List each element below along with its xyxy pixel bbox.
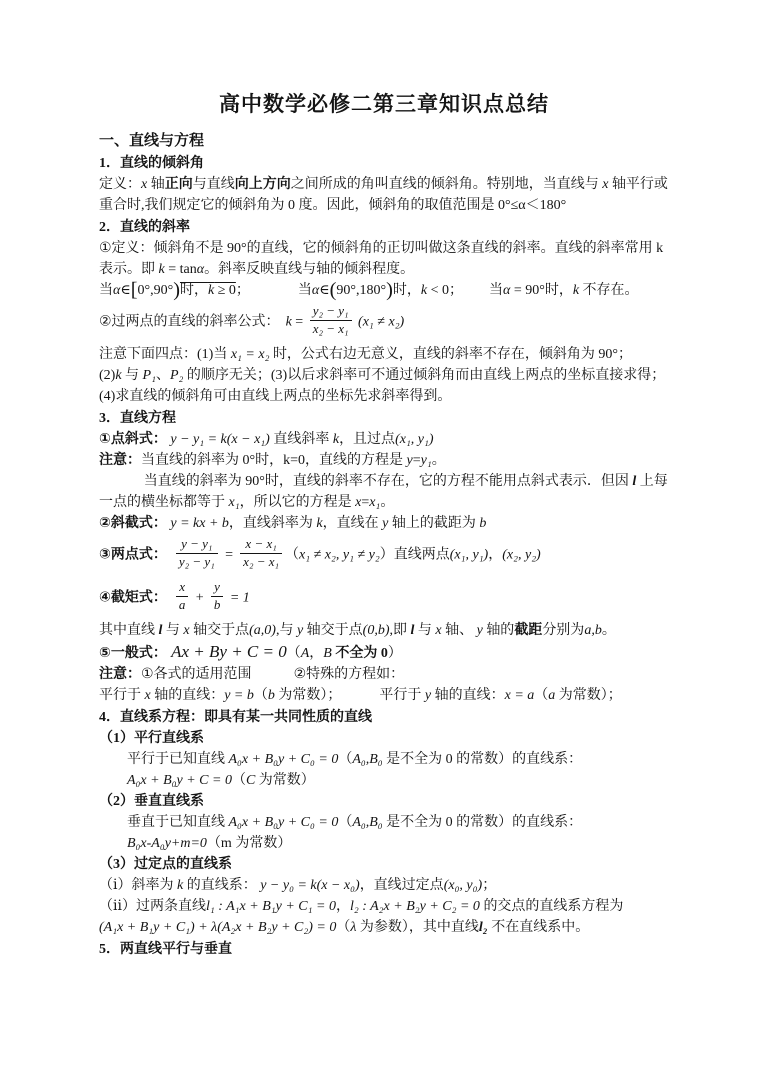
fraction: x − x₁x₂ − x₁	[240, 537, 282, 570]
math-bold-text: l₂	[479, 920, 488, 935]
text: 的直线系：	[183, 878, 257, 893]
para-inclination-definition: 定义：x 轴正向与直线向上方向之间所成的角叫直线的倾斜角。特别地，当直线与 x …	[99, 174, 669, 216]
math-text: B₀x-A₀y+m=0	[127, 836, 207, 851]
para-general-form: ⑤一般式： Ax + By + C = 0（A，B 不全为 0）	[99, 641, 669, 664]
bold-text: 一、直线与方程	[99, 133, 204, 149]
heading-1-inclination: 1．直线的倾斜角	[99, 153, 669, 174]
heading-2-slope: 2．直线的斜率	[99, 217, 669, 238]
math-text: y = b	[224, 688, 254, 703]
text: ，	[488, 548, 502, 563]
math-text: y₁	[421, 453, 432, 468]
math-text: α	[197, 262, 204, 277]
text: 其中直线	[99, 623, 159, 638]
text: < 0；	[427, 283, 463, 298]
fraction-numerator: y	[211, 580, 224, 596]
text: （	[232, 773, 246, 788]
text: 时，	[180, 283, 208, 298]
math-text: (a,0)	[249, 623, 276, 638]
text: = tan	[165, 262, 197, 277]
bold-text: 正向	[165, 177, 193, 192]
text: ；	[236, 283, 250, 298]
text: 当直线的斜率为 0°时，k=0，直线的方程是	[141, 453, 407, 468]
math-text: l₂ : A₂x + B₂y + C₂ = 0	[350, 899, 480, 914]
para-perpendicular-family-1: 垂直于已知直线 A₀x + B₀y + C₀ = 0（A₀,B₀ 是不全为 0 …	[99, 812, 669, 833]
bold-text: 注意：	[99, 667, 141, 682]
overline-group: 时，k ≥ 0	[180, 283, 236, 298]
text: （ⅰ）斜率为	[99, 878, 177, 893]
math-text: a,b	[584, 623, 602, 638]
para-note-point-4: (4)求直线的倾斜角可由直线上两点的坐标先求斜率得到。	[99, 386, 669, 407]
text: 定义：	[99, 177, 141, 192]
text: 与	[122, 368, 143, 383]
spacer	[252, 677, 294, 678]
text: (4)求直线的倾斜角可由直线上两点的坐标先求斜率得到。	[99, 389, 451, 404]
math-text: A	[301, 646, 310, 661]
text: 。	[602, 623, 616, 638]
page-title: 高中数学必修二第三章知识点总结	[99, 88, 669, 118]
text: 为参数），其中直线	[356, 920, 479, 935]
text: = 90°时，	[510, 283, 573, 298]
para-parallel-family-1: 平行于已知直线 A₀x + B₀y + C₀ = 0（A₀,B₀ 是不全为 0 …	[99, 749, 669, 770]
para-slope-intercept-form: ②斜截式： y = kx + b，直线斜率为 k，直线在 y 轴上的截距为 b	[99, 513, 669, 534]
text: 为常数）；	[555, 688, 622, 703]
text: （	[534, 688, 548, 703]
text: ，直线斜率为	[229, 516, 317, 531]
text: ）	[388, 646, 402, 661]
fraction-numerator: x	[176, 580, 189, 596]
text: ，直线过定点	[360, 878, 444, 893]
para-parallel-family-2: A₀x + B₀y + C = 0（C 为常数）	[99, 770, 669, 791]
text: 与直线	[193, 177, 235, 192]
text: 平行于已知直线	[127, 752, 229, 767]
text: （m 为常数）	[207, 836, 291, 851]
text: =	[292, 315, 307, 330]
text: ,与	[276, 623, 297, 638]
bold-text: 注意：	[99, 453, 141, 468]
math-text: A₀x + B₀y + C₀ = 0	[229, 815, 339, 830]
math-text: (x₀, y₀)	[444, 878, 483, 893]
text: 为常数）；	[275, 688, 342, 703]
math-text: A₀x + B₀y + C₀ = 0	[229, 752, 339, 767]
text: （ⅱ）过两条直线	[99, 899, 206, 914]
bracket: )	[173, 279, 180, 301]
math-large-text: Ax + By + C = 0	[167, 642, 287, 661]
para-intercept-explanation: 其中直线 l 与 x 轴交于点(a,0),与 y 轴交于点(0,b),即 l 与…	[99, 620, 669, 641]
para-perpendicular-family-2: B₀x-A₀y+m=0（m 为常数）	[99, 833, 669, 854]
fraction: y₂ − y₁x₂ − x₁	[310, 304, 352, 337]
text: =	[413, 453, 421, 468]
text: 当	[99, 283, 113, 298]
text: ∈	[120, 283, 130, 298]
fraction-denominator: y₂ − y₁	[176, 553, 218, 570]
text: （	[287, 646, 301, 661]
math-text: l₁ : A₁x + B₁y + C₁ = 0	[206, 899, 336, 914]
math-text: x₁	[229, 495, 240, 510]
section-1-heading: 一、直线与方程	[99, 131, 669, 152]
bold-text: 1．直线的倾斜角	[99, 156, 204, 171]
text: （	[338, 815, 352, 830]
text: （	[254, 688, 268, 703]
math-text: B	[323, 646, 332, 661]
text: ）直线两点	[380, 548, 450, 563]
bold-text: 3．直线方程	[99, 411, 176, 426]
text: 轴上的截距为	[388, 516, 479, 531]
para-note-point-1: 注意下面四点：(1)当 x₁ = x₂ 时，公式右边无意义，直线的斜率不存在，倾…	[99, 344, 669, 365]
math-text: (x₁, y₁)	[395, 432, 434, 447]
text: 的交点的直线系方程为	[480, 899, 624, 914]
fraction: xa	[176, 580, 189, 613]
text: 当直线的斜率为 90°时，直线的斜率不存在，它的方程不能用点斜式表示．但因	[144, 474, 633, 489]
para-point-slope-note-2: 当直线的斜率为 90°时，直线的斜率不存在，它的方程不能用点斜式表示．但因 l …	[99, 471, 669, 513]
fraction-denominator: x₂ − x₁	[310, 320, 352, 337]
document-body: 一、直线与方程1．直线的倾斜角定义：x 轴正向与直线向上方向之间所成的角叫直线的…	[99, 131, 669, 960]
para-slope-cases: 当α∈[0°,90°)时，k ≥ 0；当α∈(90°,180°)时，k < 0；…	[99, 280, 669, 301]
bold-text: 向上方向	[235, 177, 291, 192]
text: 当	[489, 283, 503, 298]
bold-text: 4．直线系方程：即具有某一共同性质的直线	[99, 710, 372, 725]
math-text: (x₁ ≠ x₂)	[355, 315, 405, 330]
text: 当	[298, 283, 312, 298]
text: （	[285, 548, 299, 563]
text: 之间所成的角叫直线的倾斜角。特别地，当直线与	[291, 177, 603, 192]
math-text: C	[246, 773, 255, 788]
text: 轴的直线：	[431, 688, 505, 703]
heading-parallel-family: （1）平行直线系	[99, 728, 669, 749]
fraction-denominator: b	[211, 596, 224, 613]
bold-text: ②斜截式：	[99, 516, 167, 531]
heading-perpendicular-family: （2）垂直直线系	[99, 791, 669, 812]
bracket: [	[131, 279, 138, 301]
text: ；	[482, 878, 496, 893]
spacer	[341, 698, 379, 699]
text: 为常数）	[255, 773, 315, 788]
para-note-points-2-3: (2)k 与 P₁、P₂ 的顺序无关；(3)以后求斜率可不通过倾斜角而由直线上两…	[99, 365, 669, 386]
bold-text: ①点斜式：	[99, 432, 167, 447]
text: ∈	[319, 283, 329, 298]
bold-text: （1）平行直线系	[99, 731, 204, 746]
math-text: P₂	[170, 368, 183, 383]
text: 平行于	[379, 688, 425, 703]
math-text: = 1	[226, 590, 249, 605]
text: 90°,180°	[336, 283, 386, 298]
math-text: (0,b)	[363, 623, 390, 638]
para-slope-definition: ①定义：倾斜角不是 90°的直线，它的倾斜角的正切叫做这条直线的斜率。直线的斜率…	[99, 238, 669, 280]
para-two-point-slope-formula: ②过两点的直线的斜率公式：k = y₂ − y₁x₂ − x₁ (x₁ ≠ x₂…	[99, 301, 669, 344]
math-text: A₀,B₀	[352, 752, 382, 767]
heading-fixed-point-family: （3）过定点的直线系	[99, 854, 669, 875]
bold-text: 截距	[514, 623, 542, 638]
bracket: )	[386, 279, 393, 301]
fraction-denominator: a	[176, 596, 189, 613]
text: ，	[336, 899, 350, 914]
text: 分别为	[542, 623, 584, 638]
text: 与	[162, 623, 183, 638]
text: 轴	[147, 177, 165, 192]
fraction: y − y₁y₂ − y₁	[176, 537, 218, 570]
para-fixed-point-i: （ⅰ）斜率为 k 的直线系： y − y₀ = k(x − x₀)，直线过定点(…	[99, 875, 669, 896]
bold-text: 2．直线的斜率	[99, 220, 190, 235]
text: 注意下面四点：(1)当	[99, 347, 231, 362]
math-text: x₁	[369, 495, 380, 510]
text: 是不全为 0 的常数）的直线系：	[383, 815, 583, 830]
para-fixed-point-equation: (A₁x + B₁y + C₁) + λ(A₂x + B₂y + C₂) = 0…	[99, 917, 669, 938]
heading-3-line-equations: 3．直线方程	[99, 408, 669, 429]
text: （	[338, 752, 352, 767]
text: 、	[156, 368, 170, 383]
bold-text: （3）过定点的直线系	[99, 857, 232, 872]
math-text: y = kx + b	[167, 516, 229, 531]
math-text: y − y₁ = k(x − x₁)	[167, 432, 273, 447]
bold-text: 不全为 0	[335, 646, 388, 661]
text: （	[336, 920, 350, 935]
fraction-denominator: x₂ − x₁	[240, 553, 282, 570]
fraction: yb	[211, 580, 224, 613]
text: 是不全为 0 的常数）的直线系：	[383, 752, 583, 767]
math-text: b	[479, 516, 486, 531]
text: 时，	[393, 283, 421, 298]
text: ，直线在	[323, 516, 383, 531]
document-content: 高中数学必修二第三章知识点总结 一、直线与方程1．直线的倾斜角定义：x 轴正向与…	[99, 88, 669, 960]
para-point-slope-note-1: 注意：当直线的斜率为 0°时，k=0，直线的方程是 y=y₁。	[99, 450, 669, 471]
text: ②特殊的方程如：	[294, 667, 405, 682]
text: 轴的	[483, 623, 515, 638]
spacer	[250, 293, 298, 294]
text: ≥ 0	[214, 283, 236, 298]
spacer	[167, 558, 173, 559]
text: 平行于	[99, 688, 145, 703]
text: ，	[309, 646, 323, 661]
text: 不存在。	[579, 283, 639, 298]
text: ，所以它的方程是	[240, 495, 356, 510]
text: 轴、	[442, 623, 477, 638]
para-two-point-form: ③两点式：y − y₁y₂ − y₁ = x − x₁x₂ − x₁（x₁ ≠ …	[99, 534, 669, 577]
para-intercept-form: ④截矩式：xa + yb = 1	[99, 577, 669, 620]
math-text: x₁ ≠ x₂, y₁ ≠ y₂	[299, 548, 380, 563]
bold-text: 5．两直线平行与垂直	[99, 942, 232, 957]
math-text: b	[268, 688, 275, 703]
spacer	[167, 600, 173, 601]
text: 与	[414, 623, 435, 638]
text: 轴的直线：	[151, 688, 225, 703]
math-text: y − y₀ = k(x − x₀)	[257, 878, 360, 893]
math-text: P₁	[143, 368, 156, 383]
text: ，且过点	[339, 432, 395, 447]
bold-text: ④截矩式：	[99, 590, 167, 605]
para-point-slope-form: ①点斜式： y − y₁ = k(x − x₁) 直线斜率 k，且过点(x₁, …	[99, 429, 669, 450]
fraction-numerator: x − x₁	[240, 537, 282, 553]
text: 垂直于已知直线	[127, 815, 229, 830]
text: ,即	[389, 623, 410, 638]
text: ①各式的适用范围	[141, 667, 252, 682]
text: 。	[380, 495, 394, 510]
text: 0°,90°	[138, 283, 174, 298]
math-text: A₀,B₀	[352, 815, 382, 830]
text: 直线斜率	[273, 432, 333, 447]
bold-text: ⑤一般式：	[99, 646, 167, 661]
spacer	[463, 293, 489, 294]
para-general-form-note: 注意：①各式的适用范围②特殊的方程如：	[99, 664, 669, 685]
math-text: A₀x + B₀y + C = 0	[127, 773, 232, 788]
math-text: x = a	[505, 688, 535, 703]
math-text: =	[221, 548, 237, 563]
heading-4-line-families: 4．直线系方程：即具有某一共同性质的直线	[99, 707, 669, 728]
fraction-numerator: y₂ − y₁	[310, 304, 352, 320]
para-special-equations: 平行于 x 轴的直线：y = b（b 为常数）；平行于 y 轴的直线：x = a…	[99, 685, 669, 706]
text: (2)	[99, 368, 115, 383]
document-page: 高中数学必修二第三章知识点总结 一、直线与方程1．直线的倾斜角定义：x 轴正向与…	[0, 0, 763, 1080]
bold-text: （2）垂直直线系	[99, 794, 204, 809]
math-text: (x₁, y₁)	[450, 548, 489, 563]
text: 轴交于点	[190, 623, 250, 638]
text: 时，公式右边无意义，直线的斜率不存在，倾斜角为 90°；	[269, 347, 632, 362]
text: 不在直线系中。	[488, 920, 590, 935]
fraction-numerator: y − y₁	[176, 537, 218, 553]
math-text: (x₂, y₂)	[502, 548, 541, 563]
para-fixed-point-ii: （ⅱ）过两条直线l₁ : A₁x + B₁y + C₁ = 0，l₂ : A₂x…	[99, 896, 669, 917]
math-text: x₁ = x₂	[231, 347, 270, 362]
bold-text: ③两点式：	[99, 548, 167, 563]
heading-5-parallel-perpendicular: 5．两直线平行与垂直	[99, 939, 669, 960]
text: 。	[432, 453, 446, 468]
text: 。斜率反映直线与轴的倾斜程度。	[204, 262, 414, 277]
text: 轴交于点	[303, 623, 363, 638]
math-text: (A₁x + B₁y + C₁) + λ(A₂x + B₂y + C₂) = 0	[99, 920, 336, 935]
math-text: +	[191, 590, 207, 605]
text: 的顺序无关；(3)以后求斜率可不通过倾斜角而由直线上两点的坐标直接求得；	[183, 368, 665, 383]
text: ②过两点的直线的斜率公式：	[99, 315, 280, 330]
